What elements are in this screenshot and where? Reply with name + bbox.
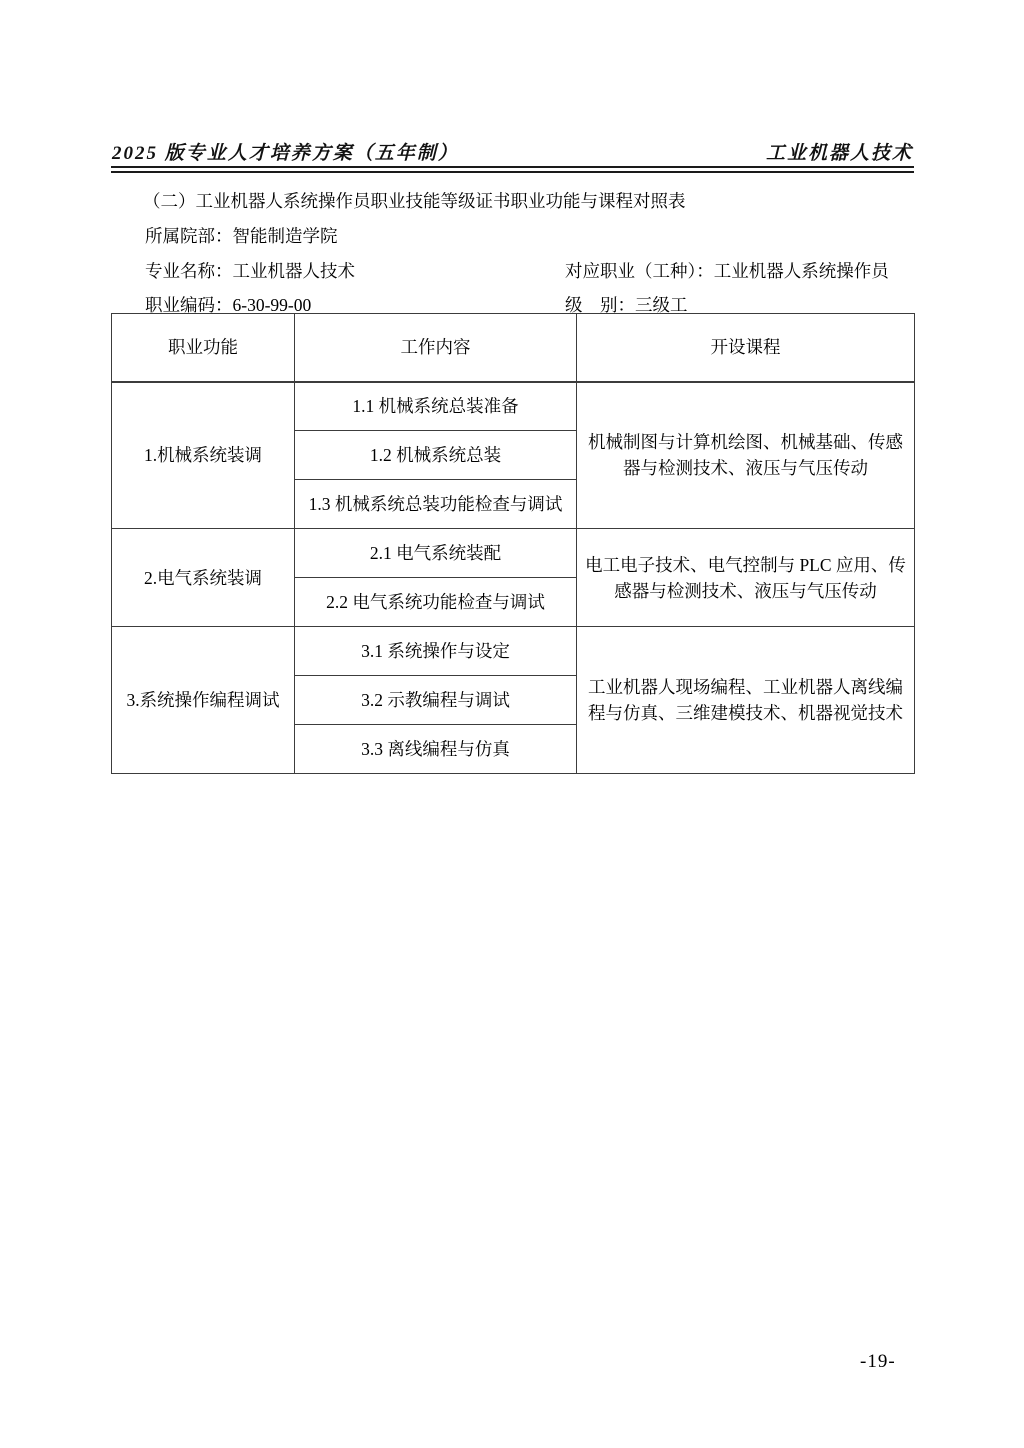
function-course-mapping-table: 职业功能 工作内容 开设课程 1.机械系统装调 1.1 机械系统总装准备 机械制…: [111, 313, 915, 774]
courses-cell-1: 机械制图与计算机绘图、机械基础、传感器与检测技术、液压与气压传动: [577, 382, 915, 529]
info-line-major: 专业名称：工业机器人技术 对应职业（工种）：工业机器人系统操作员: [145, 258, 915, 283]
department-text: 所属院部：智能制造学院: [145, 226, 338, 246]
running-header: 2025 版专业人才培养方案（五年制） 工业机器人技术: [112, 138, 913, 165]
function-cell-2: 2.电气系统装调: [112, 529, 295, 627]
task-cell-1-1: 1.1 机械系统总装准备: [295, 382, 577, 431]
major-name-text: 专业名称：工业机器人技术: [145, 261, 355, 281]
table-header-row: 职业功能 工作内容 开设课程: [112, 314, 915, 382]
function-cell-3: 3.系统操作编程调试: [112, 627, 295, 774]
task-cell-2-1: 2.1 电气系统装配: [295, 529, 577, 578]
col-header-function: 职业功能: [112, 314, 295, 382]
info-line-department: 所属院部：智能制造学院: [145, 223, 915, 248]
corresponding-occupation-text: 对应职业（工种）：工业机器人系统操作员: [565, 258, 889, 283]
table-row: 1.机械系统装调 1.1 机械系统总装准备 机械制图与计算机绘图、机械基础、传感…: [112, 382, 915, 431]
task-cell-3-1: 3.1 系统操作与设定: [295, 627, 577, 676]
function-cell-1: 1.机械系统装调: [112, 382, 295, 529]
courses-cell-2: 电工电子技术、电气控制与 PLC 应用、传感器与检测技术、液压与气压传动: [577, 529, 915, 627]
document-page: 2025 版专业人才培养方案（五年制） 工业机器人技术 （二）工业机器人系统操作…: [0, 0, 1024, 1448]
task-cell-1-3: 1.3 机械系统总装功能检查与调试: [295, 480, 577, 529]
running-header-right: 工业机器人技术: [766, 138, 913, 165]
col-header-work-content: 工作内容: [295, 314, 577, 382]
col-header-courses: 开设课程: [577, 314, 915, 382]
task-cell-3-3: 3.3 离线编程与仿真: [295, 725, 577, 774]
running-header-left: 2025 版专业人才培养方案（五年制）: [112, 138, 459, 165]
task-cell-3-2: 3.2 示教编程与调试: [295, 676, 577, 725]
courses-cell-3: 工业机器人现场编程、工业机器人离线编程与仿真、三维建模技术、机器视觉技术: [577, 627, 915, 774]
task-cell-1-2: 1.2 机械系统总装: [295, 431, 577, 480]
table-row: 2.电气系统装调 2.1 电气系统装配 电工电子技术、电气控制与 PLC 应用、…: [112, 529, 915, 578]
page-number: -19-: [860, 1351, 896, 1373]
table-row: 3.系统操作编程调试 3.1 系统操作与设定 工业机器人现场编程、工业机器人离线…: [112, 627, 915, 676]
header-divider-line-bottom: [111, 171, 914, 173]
occupation-code-text: 职业编码：6-30-99-00: [145, 295, 311, 315]
header-divider-line-top: [111, 166, 914, 168]
header-divider: [111, 166, 914, 173]
section-title: （二）工业机器人系统操作员职业技能等级证书职业功能与课程对照表: [143, 188, 686, 213]
task-cell-2-2: 2.2 电气系统功能检查与调试: [295, 578, 577, 627]
